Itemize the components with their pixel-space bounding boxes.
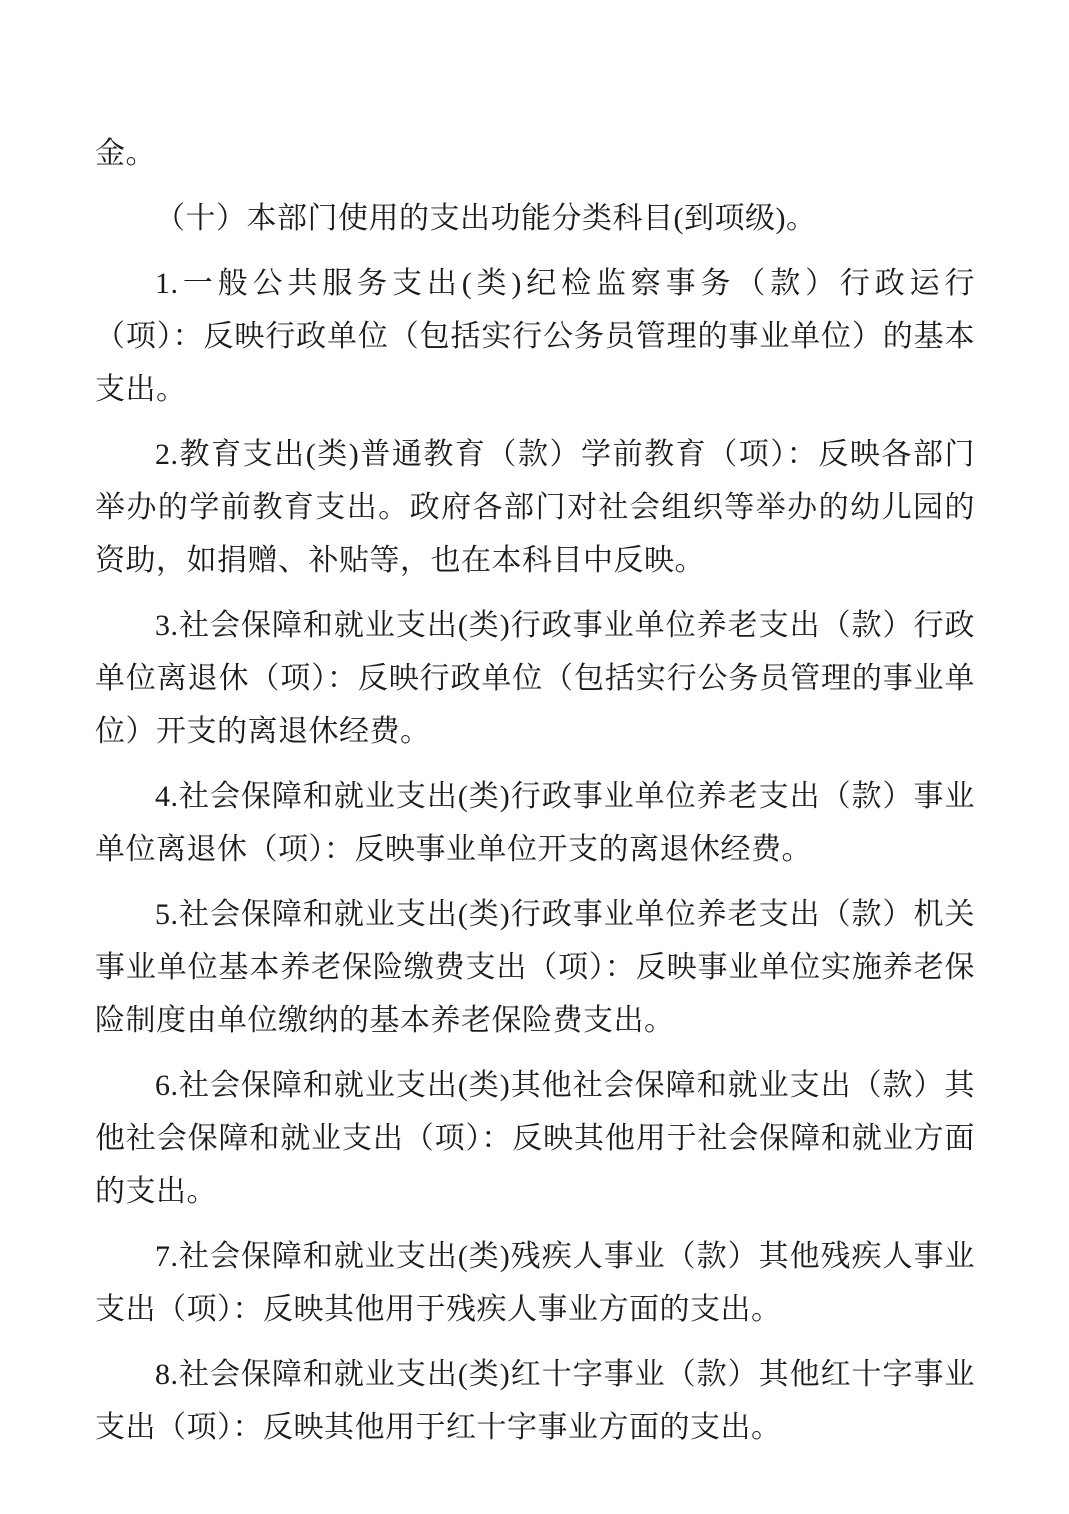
- paragraph-continuation: 金。: [95, 127, 975, 180]
- item-5-paragraph: 5.社会保障和就业支出(类)行政事业单位养老支出（款）机关事业单位基本养老保险缴…: [95, 888, 975, 1047]
- section-ten-heading: （十）本部门使用的支出功能分类科目(到项级)。: [95, 192, 975, 245]
- item-3-paragraph: 3.社会保障和就业支出(类)行政事业单位养老支出（款）行政单位离退休（项）：反映…: [95, 599, 975, 758]
- item-6-paragraph: 6.社会保障和就业支出(类)其他社会保障和就业支出（款）其他社会保障和就业支出（…: [95, 1059, 975, 1218]
- document-page: 金。 （十）本部门使用的支出功能分类科目(到项级)。 1.一般公共服务支出(类)…: [0, 0, 1069, 1514]
- item-1-paragraph: 1.一般公共服务支出(类)纪检监察事务（款）行政运行（项）：反映行政单位（包括实…: [95, 257, 975, 416]
- item-2-paragraph: 2.教育支出(类)普通教育（款）学前教育（项）：反映各部门举办的学前教育支出。政…: [95, 428, 975, 587]
- item-7-paragraph: 7.社会保障和就业支出(类)残疾人事业（款）其他残疾人事业支出（项）：反映其他用…: [95, 1230, 975, 1336]
- item-4-paragraph: 4.社会保障和就业支出(类)行政事业单位养老支出（款）事业单位离退休（项）：反映…: [95, 770, 975, 876]
- item-8-paragraph: 8.社会保障和就业支出(类)红十字事业（款）其他红十字事业支出（项）：反映其他用…: [95, 1348, 975, 1454]
